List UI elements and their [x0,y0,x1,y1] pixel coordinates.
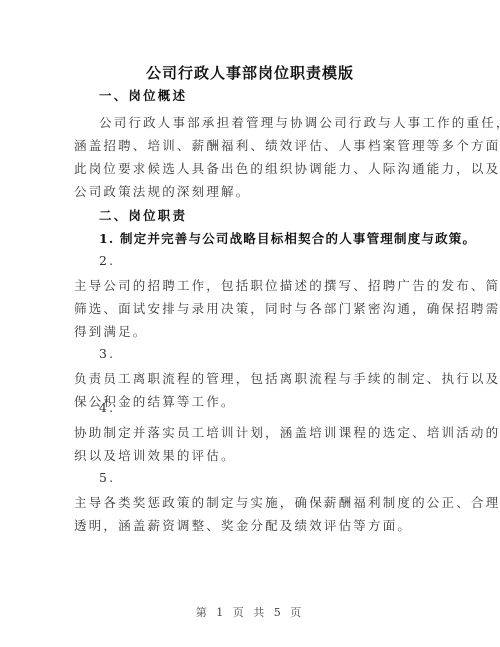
section-heading-duties: 二、岗位职责 [99,206,451,224]
paragraph-line: 此岗位要求候选人具备出色的组织协调能力、人际沟通能力，以及对 [74,159,426,177]
paragraph-line: 公司行政人事部承担着管理与协调公司行政与人事工作的重任， [99,113,451,131]
paragraph-line: 公司政策法规的深刻理解。 [74,182,426,200]
paragraph-line: 主导公司的招聘工作，包括职位描述的撰写、招聘广告的发布、简历 [74,276,426,294]
duty-item-2-number: 2. [99,253,451,268]
duty-item-4-number: 4. [99,400,451,415]
duty-item-1: 1. 制定并完善与公司战略目标相契合的人事管理制度与政策。 [99,229,451,247]
paragraph-line: 筛选、面试安排与录用决策，同时与各部门紧密沟通，确保招聘需求 [74,299,426,317]
document-title: 公司行政人事部岗位职责模版 [0,62,500,83]
section-heading-overview: 一、岗位概述 [99,86,451,104]
paragraph-line: 主导各类奖惩政策的制定与实施，确保薪酬福利制度的公正、合理与 [74,493,426,511]
document-page: 公司行政人事部岗位职责模版 一、岗位概述 公司行政人事部承担着管理与协调公司行政… [0,0,500,647]
duty-item-3-number: 3. [99,346,451,361]
paragraph-line: 负责员工离职流程的管理，包括离职流程与手续的制定、执行以及社 [74,369,426,387]
paragraph-line: 协助制定并落实员工培训计划，涵盖培训课程的选定、培训活动的组 [74,423,426,441]
duty-item-5-number: 5. [99,470,451,485]
paragraph-line: 得到满足。 [74,322,426,340]
paragraph-line: 透明，涵盖薪资调整、奖金分配及绩效评估等方面。 [74,516,426,534]
paragraph-line: 涵盖招聘、培训、薪酬福利、绩效评估、人事档案管理等多个方面。 [74,136,426,154]
page-footer: 第 1 页 共 5 页 [0,604,500,620]
paragraph-line: 织以及培训效果的评估。 [74,446,426,464]
